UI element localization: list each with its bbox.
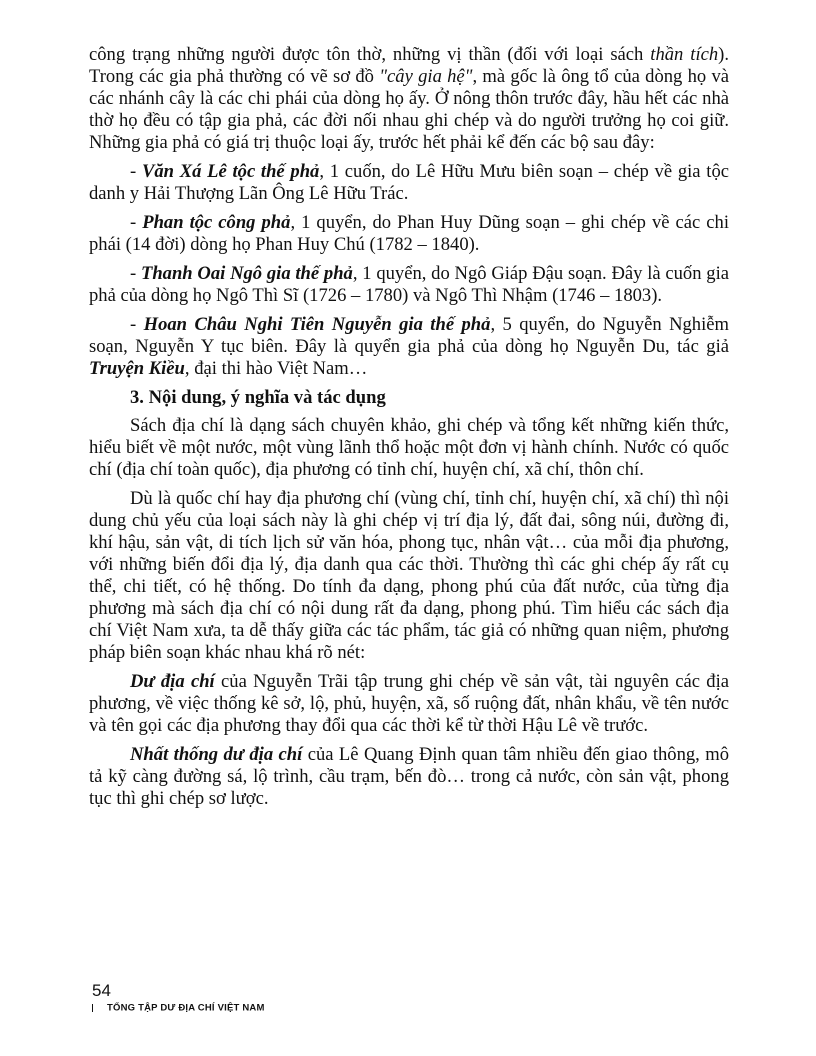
- work-title: Thanh Oai Ngô gia thế phả: [141, 263, 353, 284]
- italic-text: "cây gia hệ": [379, 66, 472, 87]
- paragraph: Dư địa chí của Nguyễn Trãi tập trung ghi…: [89, 671, 729, 737]
- paragraph: - Văn Xá Lê tộc thế phả, 1 cuốn, do Lê H…: [89, 161, 729, 205]
- work-title: Dư địa chí: [130, 671, 215, 692]
- text-run: -: [130, 263, 141, 284]
- paragraph: công trạng những người được tôn thờ, nhữ…: [89, 44, 729, 154]
- footer-divider: [92, 1004, 93, 1012]
- paragraph: Nhất thống dư địa chí của Lê Quang Định …: [89, 744, 729, 810]
- work-title: Nhất thống dư địa chí: [130, 744, 302, 765]
- work-title: Hoan Châu Nghi Tiên Nguyễn gia thế phả: [144, 314, 491, 335]
- paragraph: - Hoan Châu Nghi Tiên Nguyễn gia thế phả…: [89, 314, 729, 380]
- text-run: -: [130, 314, 144, 335]
- work-title: Văn Xá Lê tộc thế phả: [142, 161, 319, 182]
- paragraph: - Phan tộc công phả, 1 quyển, do Phan Hu…: [89, 212, 729, 256]
- text-run: Dù là quốc chí hay địa phương chí (vùng …: [89, 488, 729, 663]
- paragraphs-after-heading: Sách địa chí là dạng sách chuyên khảo, g…: [89, 415, 729, 810]
- paragraph: Dù là quốc chí hay địa phương chí (vùng …: [89, 488, 729, 664]
- running-title: TỔNG TẬP DƯ ĐỊA CHÍ VIỆT NAM: [107, 1002, 265, 1013]
- text-run: , đại thi hào Việt Nam…: [185, 358, 367, 379]
- section-heading: 3. Nội dung, ý nghĩa và tác dụng: [89, 387, 729, 409]
- text-run: Sách địa chí là dạng sách chuyên khảo, g…: [89, 415, 729, 480]
- page-body: công trạng những người được tôn thờ, nhữ…: [89, 44, 729, 817]
- text-run: -: [130, 161, 142, 182]
- text-run: công trạng những người được tôn thờ, nhữ…: [89, 44, 650, 65]
- italic-text: thần tích: [650, 44, 718, 65]
- paragraph: Sách địa chí là dạng sách chuyên khảo, g…: [89, 415, 729, 481]
- work-title: Truyện Kiều: [89, 358, 185, 379]
- text-run: -: [130, 212, 142, 233]
- page-number: 54: [92, 982, 265, 999]
- paragraph: - Thanh Oai Ngô gia thế phả, 1 quyển, do…: [89, 263, 729, 307]
- paragraphs-before-heading: công trạng những người được tôn thờ, nhữ…: [89, 44, 729, 380]
- work-title: Phan tộc công phả: [142, 212, 290, 233]
- page-footer: 54 TỔNG TẬP DƯ ĐỊA CHÍ VIỆT NAM: [92, 982, 265, 1017]
